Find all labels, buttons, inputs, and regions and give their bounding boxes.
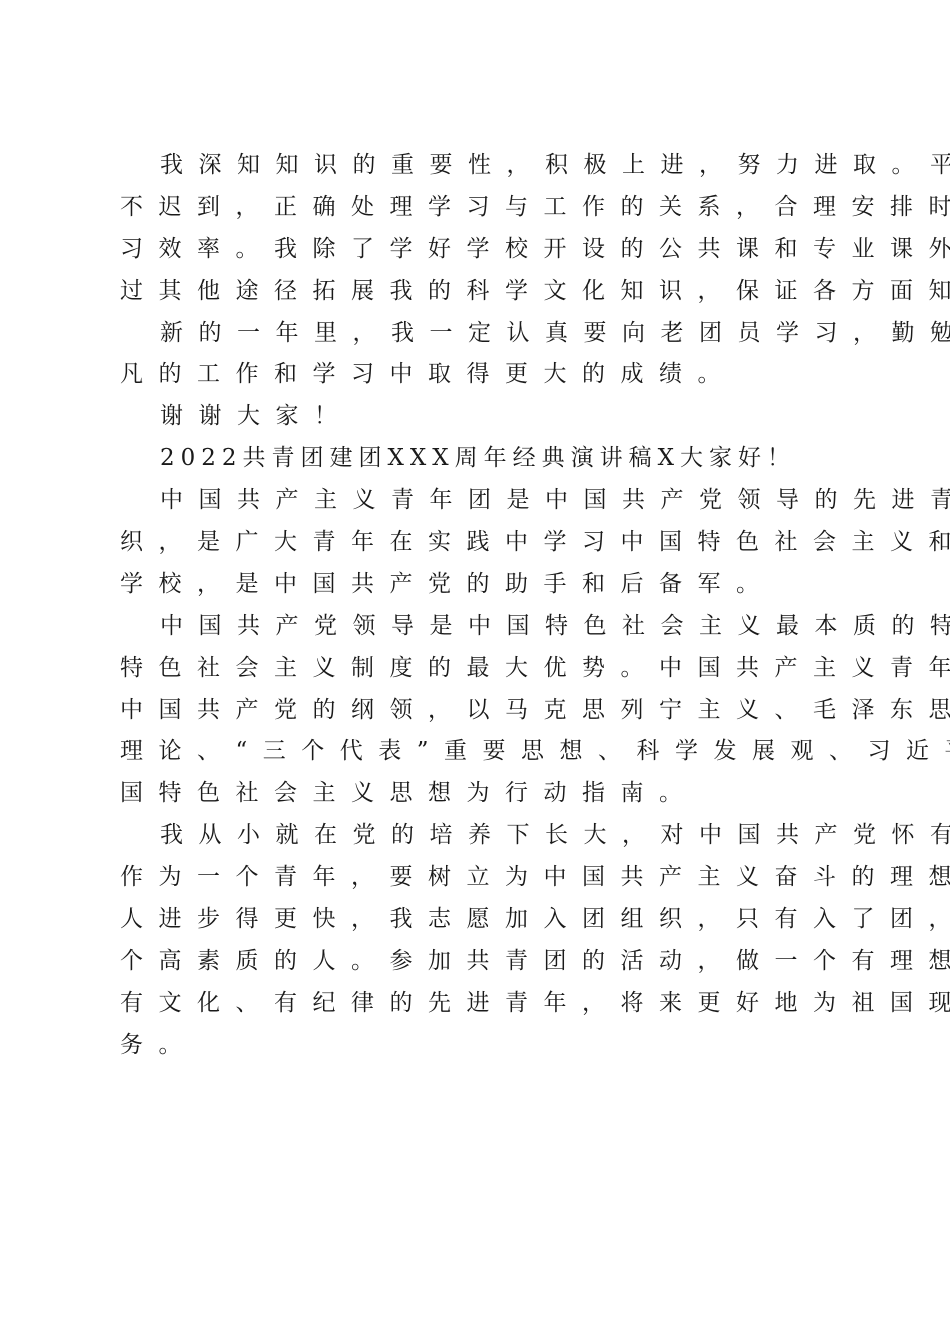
text-line: 务。 xyxy=(120,1025,850,1067)
text-line: 特色社会主义制度的最大优势。中国共产主义青年团坚决拥护 xyxy=(120,648,850,690)
text-line: 过其他途径拓展我的科学文化知识，保证各方面知识均衡发展。 xyxy=(120,271,850,313)
paragraph-study-attitude: 我深知知识的重要性，积极上进，努力进取。平时我不旷课， 不迟到，正确处理学习与工… xyxy=(120,145,850,313)
text-line: 我深知知识的重要性，积极上进，努力进取。平时我不旷课， xyxy=(120,145,850,187)
text-line: 个高素质的人。参加共青团的活动，做一个有理想、有道德、 xyxy=(120,941,850,983)
document-page: 我深知知识的重要性，积极上进，努力进取。平时我不旷课， 不迟到，正确处理学习与工… xyxy=(0,0,950,1344)
text-line: 人进步得更快，我志愿加入团组织，只有入了团，才能成为一 xyxy=(120,899,850,941)
text-line: 学校，是中国共产党的助手和后备军。 xyxy=(120,564,850,606)
text-line: 中国共产主义青年团是中国共产党领导的先进青年的群团组 xyxy=(120,480,850,522)
text-line: 有文化、有纪律的先进青年，将来更好地为祖国现代化建设服 xyxy=(120,983,850,1025)
text-line: 中国共产党的纲领，以马克思列宁主义、毛泽东思想、邓小平 xyxy=(120,690,850,732)
document-body: 我深知知识的重要性，积极上进，努力进取。平时我不旷课， 不迟到，正确处理学习与工… xyxy=(120,145,850,1067)
text-line: 理论、“三个代表”重要思想、科学发展观、习近平新时代中 xyxy=(120,731,850,773)
text-line: 织，是广大青年在实践中学习中国特色社会主义和共产主义的 xyxy=(120,522,850,564)
text-line: 作为一个青年，要树立为中国共产主义奋斗的理想。为了使本 xyxy=(120,857,850,899)
section-title: 2022共青团建团XXX周年经典演讲稿X大家好！ xyxy=(120,438,850,480)
paragraph-personal-aspiration: 我从小就在党的培养下长大，对中国共产党怀有深厚的感情， 作为一个青年，要树立为中… xyxy=(120,815,850,1066)
text-line: 不迟到，正确处理学习与工作的关系，合理安排时间，提高学 xyxy=(120,187,850,229)
text-line: 谢谢大家！ xyxy=(120,396,850,438)
paragraph-party-leadership: 中国共产党领导是中国特色社会主义最本质的特征，是中国 特色社会主义制度的最大优势… xyxy=(120,606,850,815)
text-line: 中国共产党领导是中国特色社会主义最本质的特征，是中国 xyxy=(120,606,850,648)
text-line: 2022共青团建团XXX周年经典演讲稿X大家好！ xyxy=(120,438,850,480)
text-line: 习效率。我除了学好学校开设的公共课和专业课外，还经常通 xyxy=(120,229,850,271)
paragraph-league-intro: 中国共产主义青年团是中国共产党领导的先进青年的群团组 织，是广大青年在实践中学习… xyxy=(120,480,850,606)
paragraph-thanks: 谢谢大家！ xyxy=(120,396,850,438)
text-line: 凡的工作和学习中取得更大的成绩。 xyxy=(120,354,850,396)
text-line: 新的一年里，我一定认真要向老团员学习，勤勉敬业，在平 xyxy=(120,313,850,355)
text-line: 我从小就在党的培养下长大，对中国共产党怀有深厚的感情， xyxy=(120,815,850,857)
paragraph-new-year: 新的一年里，我一定认真要向老团员学习，勤勉敬业，在平 凡的工作和学习中取得更大的… xyxy=(120,313,850,397)
text-line: 国特色社会主义思想为行动指南。 xyxy=(120,773,850,815)
